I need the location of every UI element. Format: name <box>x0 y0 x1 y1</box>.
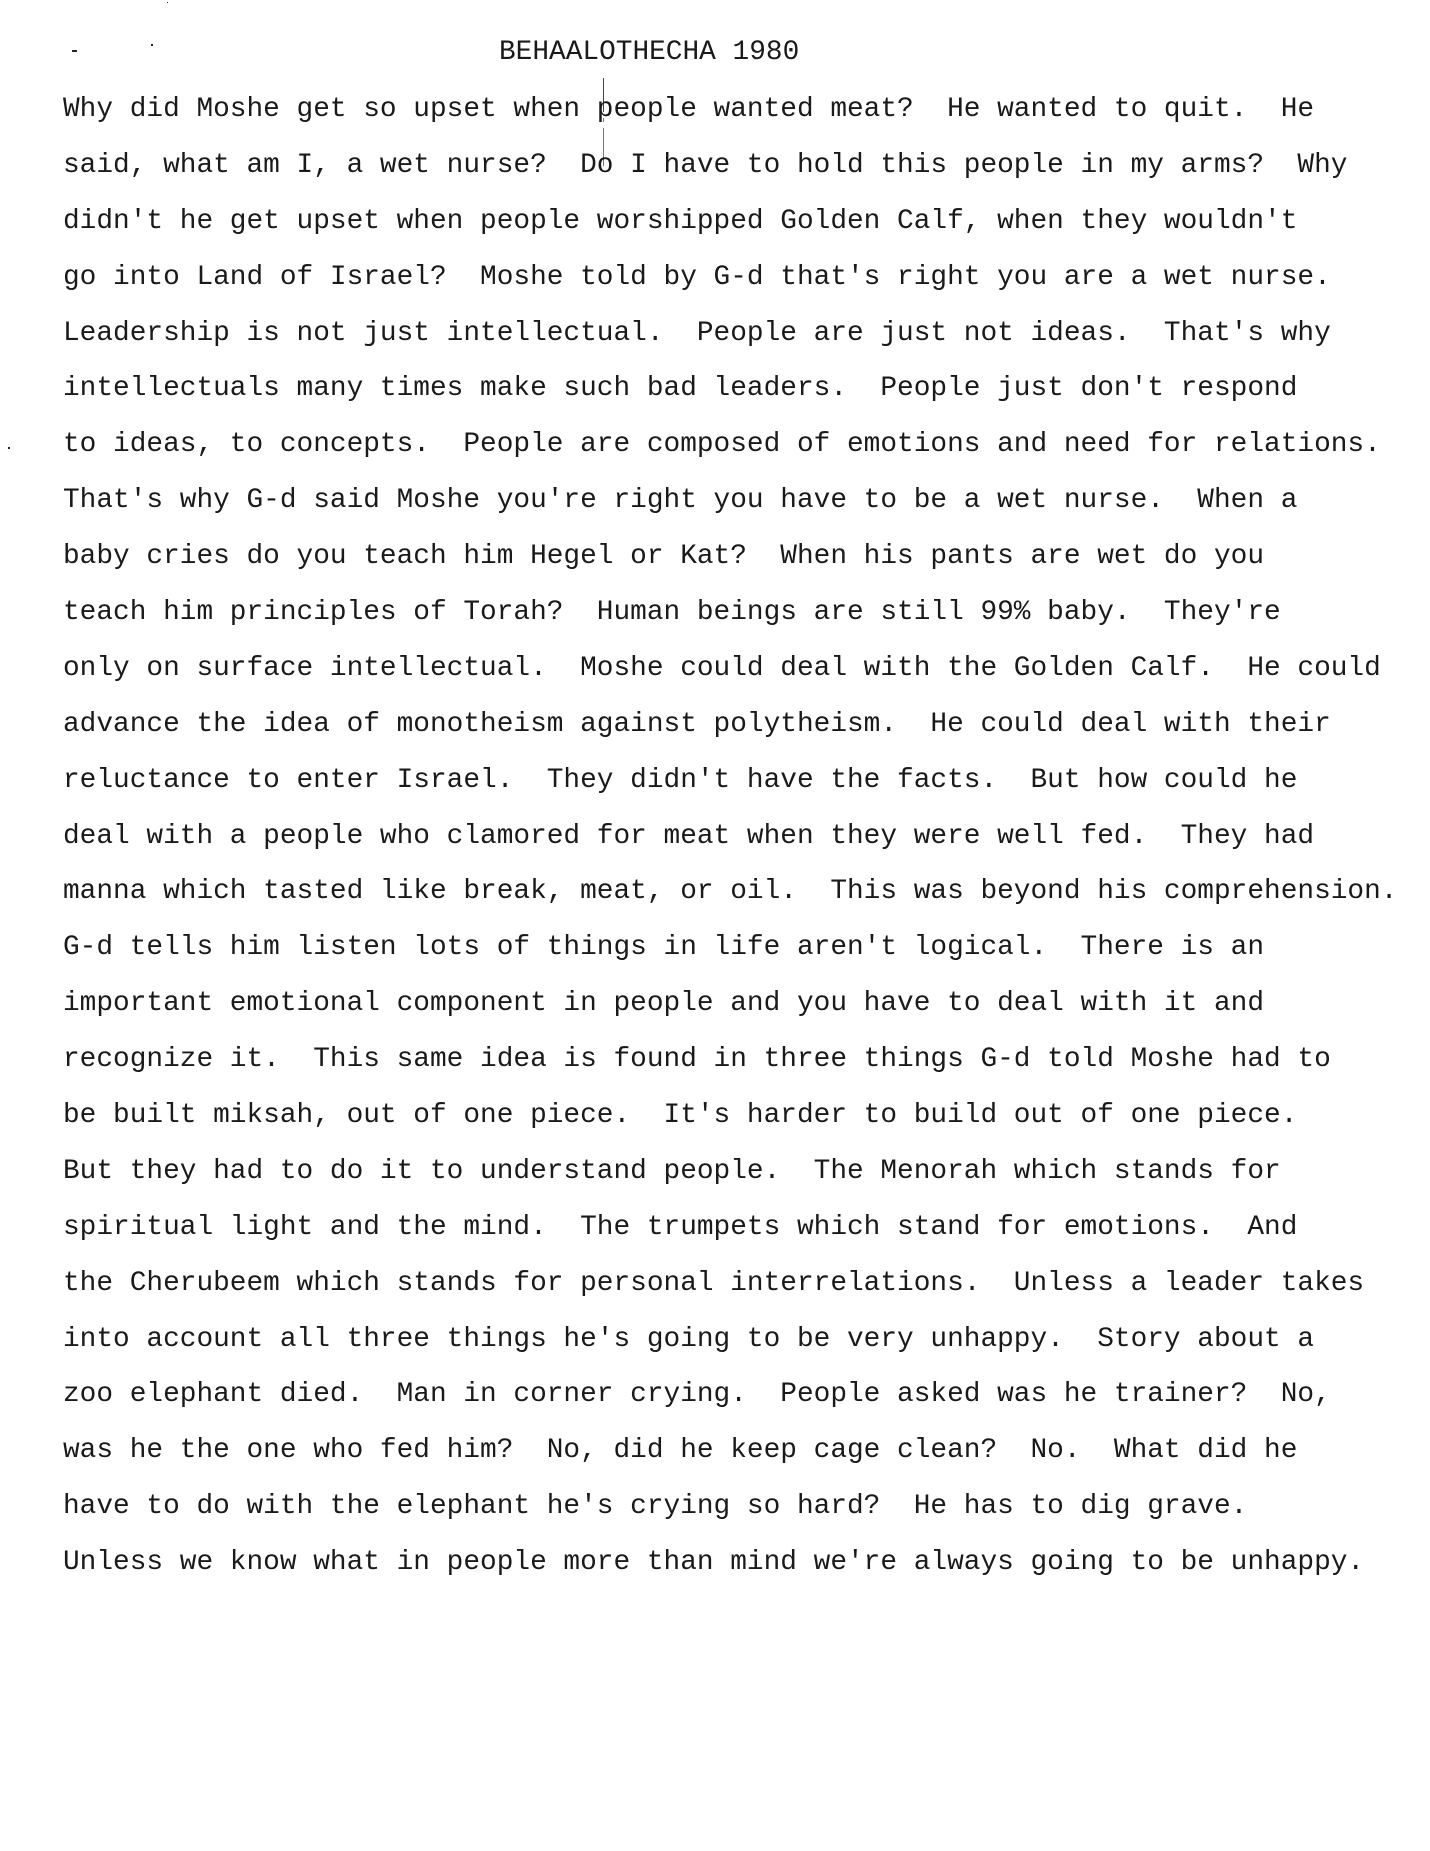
text-line: only on surface intellectual. Moshe coul… <box>63 652 1397 708</box>
text-line: That's why G-d said Moshe you're right y… <box>63 484 1397 540</box>
text-line: didn't he get upset when people worshipp… <box>63 205 1397 261</box>
text-line: advance the idea of monotheism against p… <box>63 708 1397 764</box>
text-line: important emotional component in people … <box>63 987 1397 1043</box>
text-line: was he the one who fed him? No, did he k… <box>63 1434 1397 1490</box>
text-line: into account all three things he's going… <box>63 1323 1397 1379</box>
text-line: the Cherubeem which stands for personal … <box>63 1267 1397 1323</box>
text-line: said, what am I, a wet nurse? Do I have … <box>63 149 1397 205</box>
text-line: manna which tasted like break, meat, or … <box>63 875 1397 931</box>
text-line: recognize it. This same idea is found in… <box>63 1043 1397 1099</box>
document-page: BEHAALOTHECHA 1980 Why did Moshe get so … <box>0 0 1430 1851</box>
text-line: have to do with the elephant he's crying… <box>63 1490 1397 1546</box>
scan-speck <box>167 2 168 3</box>
document-title: BEHAALOTHECHA 1980 <box>499 36 799 70</box>
text-line: G-d tells him listen lots of things in l… <box>63 931 1397 987</box>
document-body: Why did Moshe get so upset when people w… <box>63 93 1397 1602</box>
text-line: go into Land of Israel? Moshe told by G-… <box>63 261 1397 317</box>
scan-speck <box>8 447 10 449</box>
text-line: Why did Moshe get so upset when people w… <box>63 93 1397 149</box>
text-line: to ideas, to concepts. People are compos… <box>63 428 1397 484</box>
text-line: baby cries do you teach him Hegel or Kat… <box>63 540 1397 596</box>
text-line: be built miksah, out of one piece. It's … <box>63 1099 1397 1155</box>
text-line: deal with a people who clamored for meat… <box>63 820 1397 876</box>
scan-speck <box>72 50 77 52</box>
text-line: Unless we know what in people more than … <box>63 1546 1397 1602</box>
text-line: intellectuals many times make such bad l… <box>63 372 1397 428</box>
scan-speck <box>151 44 153 46</box>
text-line: teach him principles of Torah? Human bei… <box>63 596 1397 652</box>
text-line: zoo elephant died. Man in corner crying.… <box>63 1378 1397 1434</box>
text-line: Leadership is not just intellectual. Peo… <box>63 317 1397 373</box>
text-line: spiritual light and the mind. The trumpe… <box>63 1211 1397 1267</box>
text-line: reluctance to enter Israel. They didn't … <box>63 764 1397 820</box>
text-line: But they had to do it to understand peop… <box>63 1155 1397 1211</box>
